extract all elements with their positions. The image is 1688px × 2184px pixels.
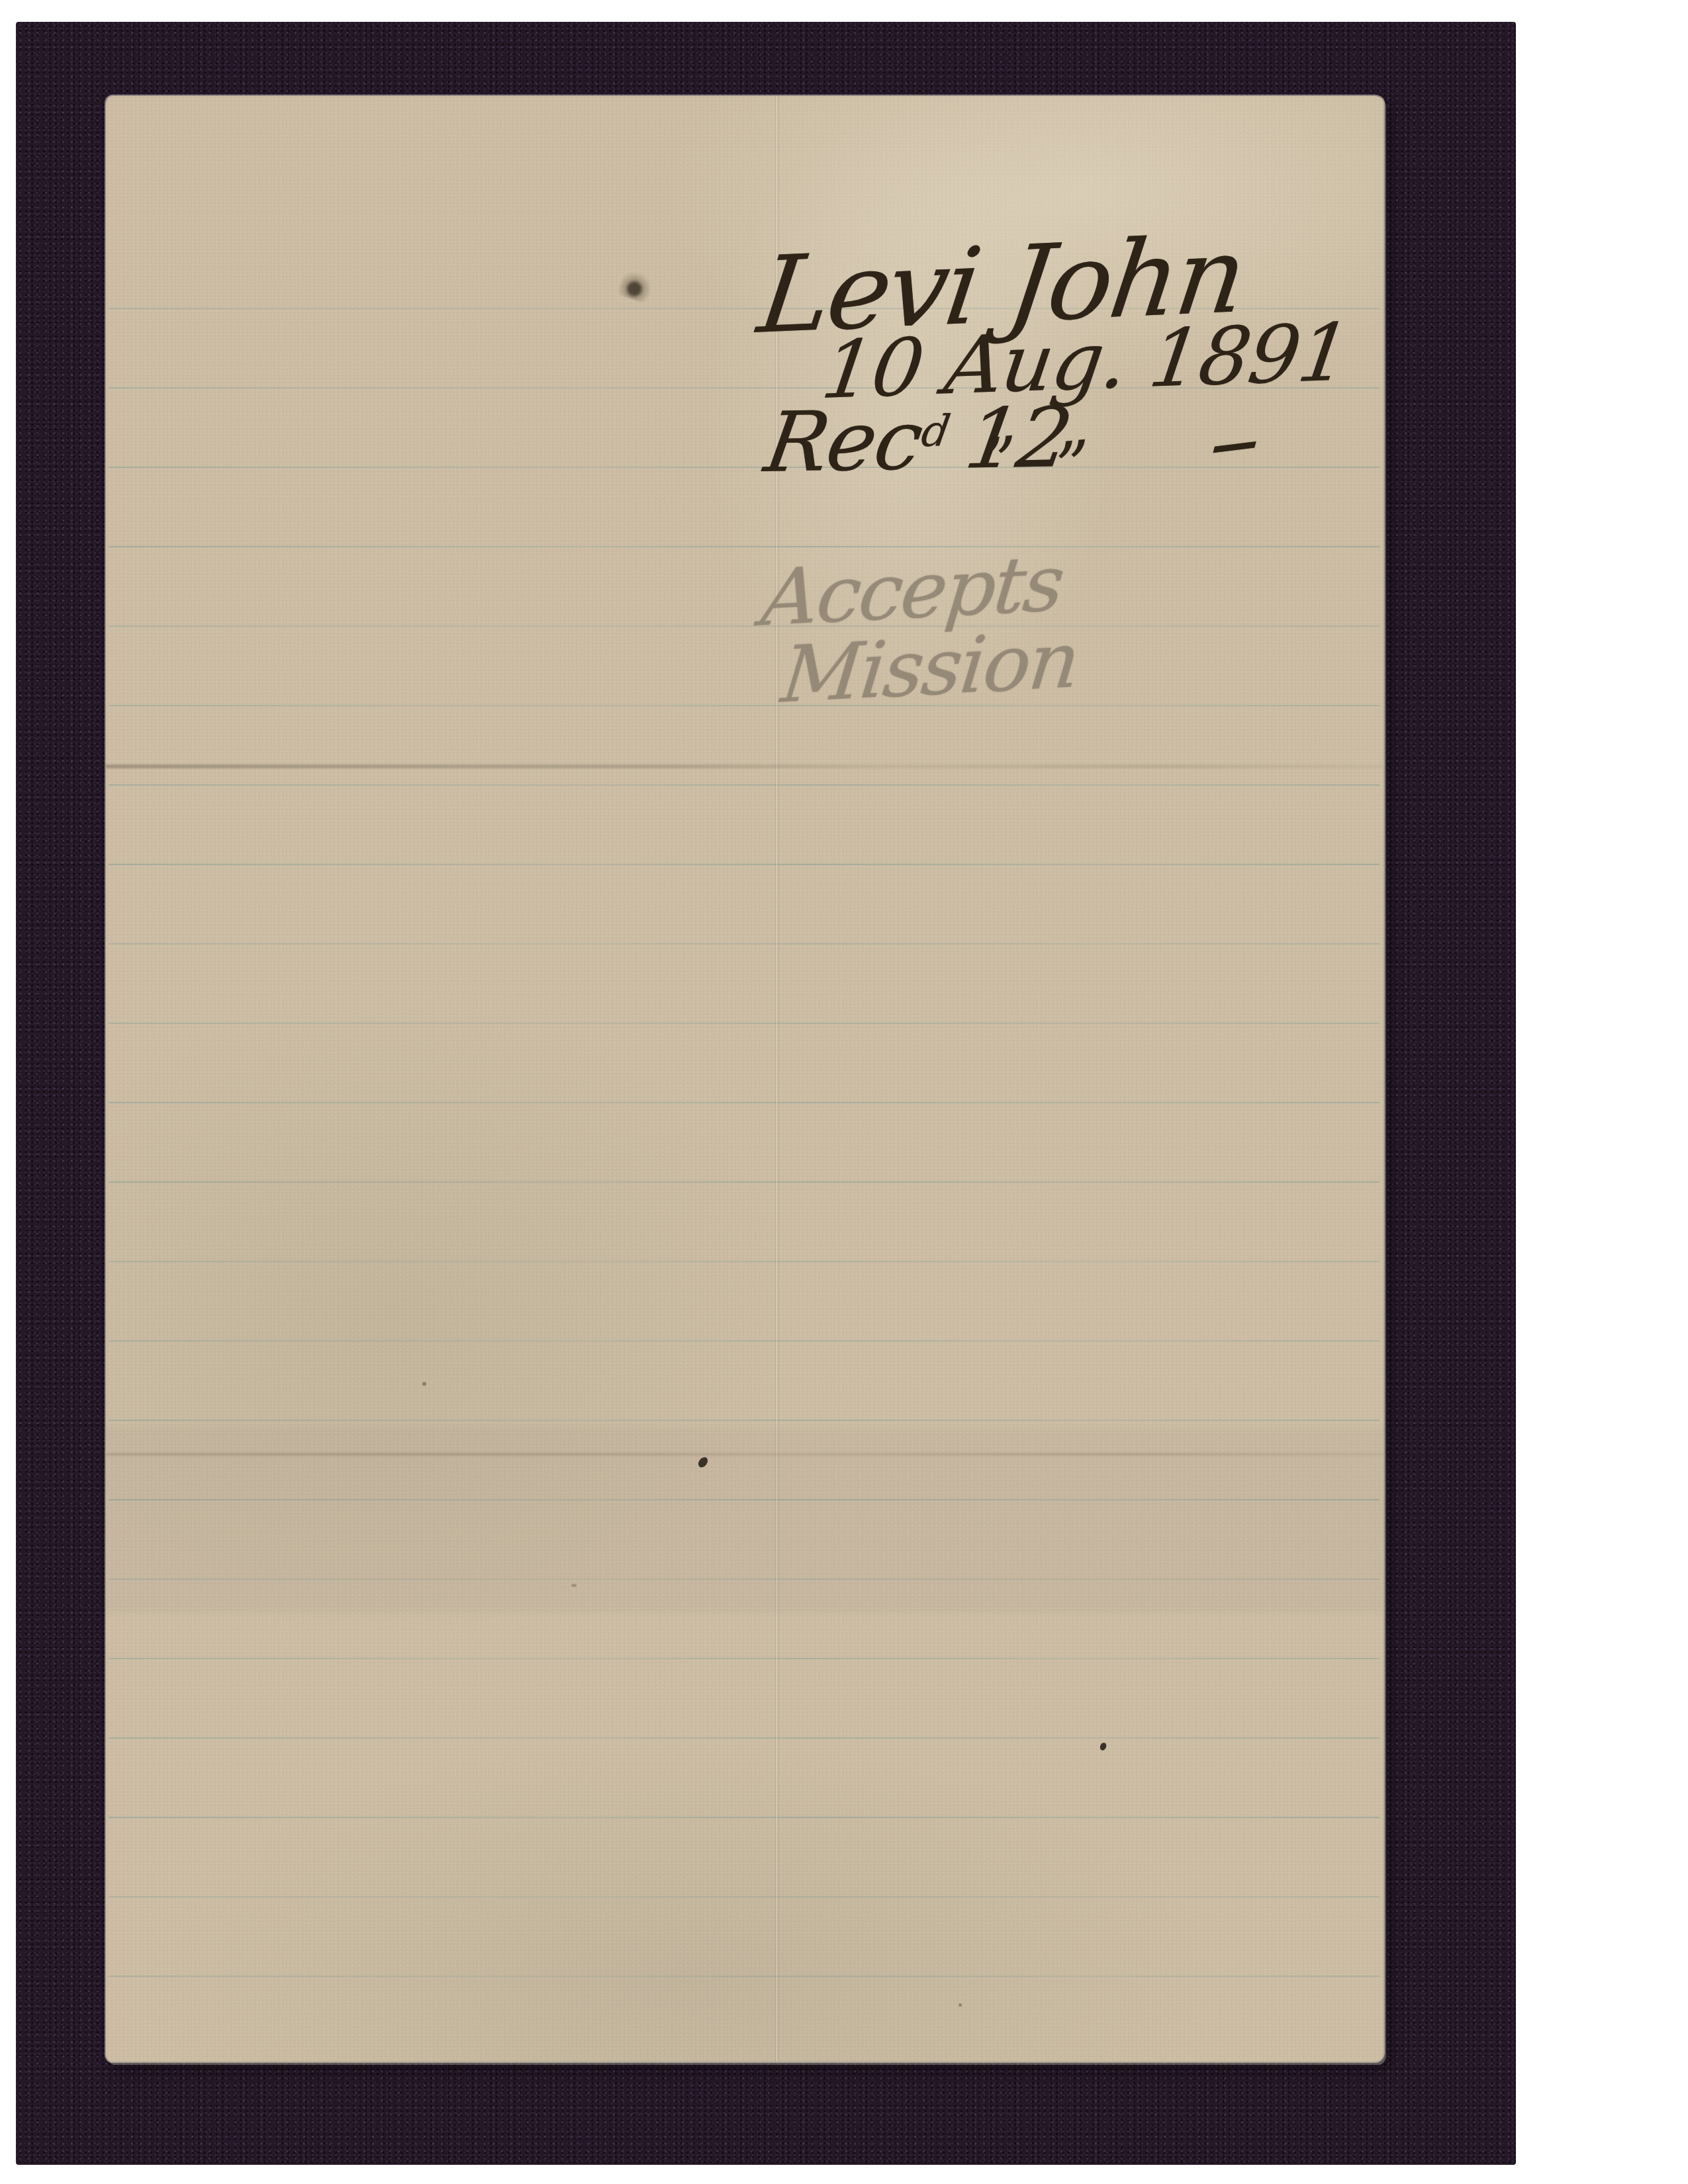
ruled-line bbox=[109, 1420, 1380, 1421]
horizontal-fold-crease-upper bbox=[106, 764, 1383, 768]
ruled-line bbox=[109, 1896, 1380, 1897]
pencil-note-line2: Mission bbox=[778, 621, 1082, 714]
paper-speck bbox=[1099, 1742, 1107, 1752]
horizontal-fold-crease-lower bbox=[106, 1453, 1383, 1456]
ruled-line bbox=[109, 943, 1380, 944]
ditto-mark: „ bbox=[1051, 391, 1092, 461]
ruled-line bbox=[109, 1817, 1380, 1818]
ruled-line bbox=[109, 864, 1380, 865]
ditto-dash-mark: - bbox=[1201, 399, 1267, 484]
ruled-line bbox=[109, 1261, 1380, 1262]
background-mat: Levi John 10 Aug. 1891 Recd12 „ „ - Acce… bbox=[16, 22, 1516, 2165]
ruled-line bbox=[109, 1976, 1380, 1977]
received-word: Rec bbox=[759, 392, 928, 491]
ruled-line bbox=[109, 546, 1380, 547]
ditto-mark: „ bbox=[978, 387, 1019, 457]
ruled-line bbox=[109, 625, 1380, 627]
letter-paper: Levi John 10 Aug. 1891 Recd12 „ „ - Acce… bbox=[106, 96, 1383, 2062]
ruled-line bbox=[109, 1102, 1380, 1103]
ruled-line bbox=[109, 1023, 1380, 1024]
paper-speck bbox=[959, 2003, 962, 2007]
ruled-line bbox=[109, 784, 1380, 786]
ink-blot bbox=[617, 259, 657, 303]
paper-speck bbox=[422, 1382, 426, 1386]
paper-speck bbox=[571, 1584, 577, 1587]
ruled-line bbox=[109, 467, 1380, 468]
ruled-line bbox=[109, 705, 1380, 706]
ruled-line bbox=[109, 1658, 1380, 1659]
ruled-line bbox=[109, 1737, 1380, 1739]
ruled-line bbox=[109, 1181, 1380, 1183]
docket-received-handwriting: Recd12 bbox=[760, 396, 1076, 484]
scan-page: Levi John 10 Aug. 1891 Recd12 „ „ - Acce… bbox=[0, 0, 1688, 2184]
ruled-line bbox=[109, 1340, 1380, 1342]
vertical-fold-crease bbox=[774, 96, 779, 2062]
